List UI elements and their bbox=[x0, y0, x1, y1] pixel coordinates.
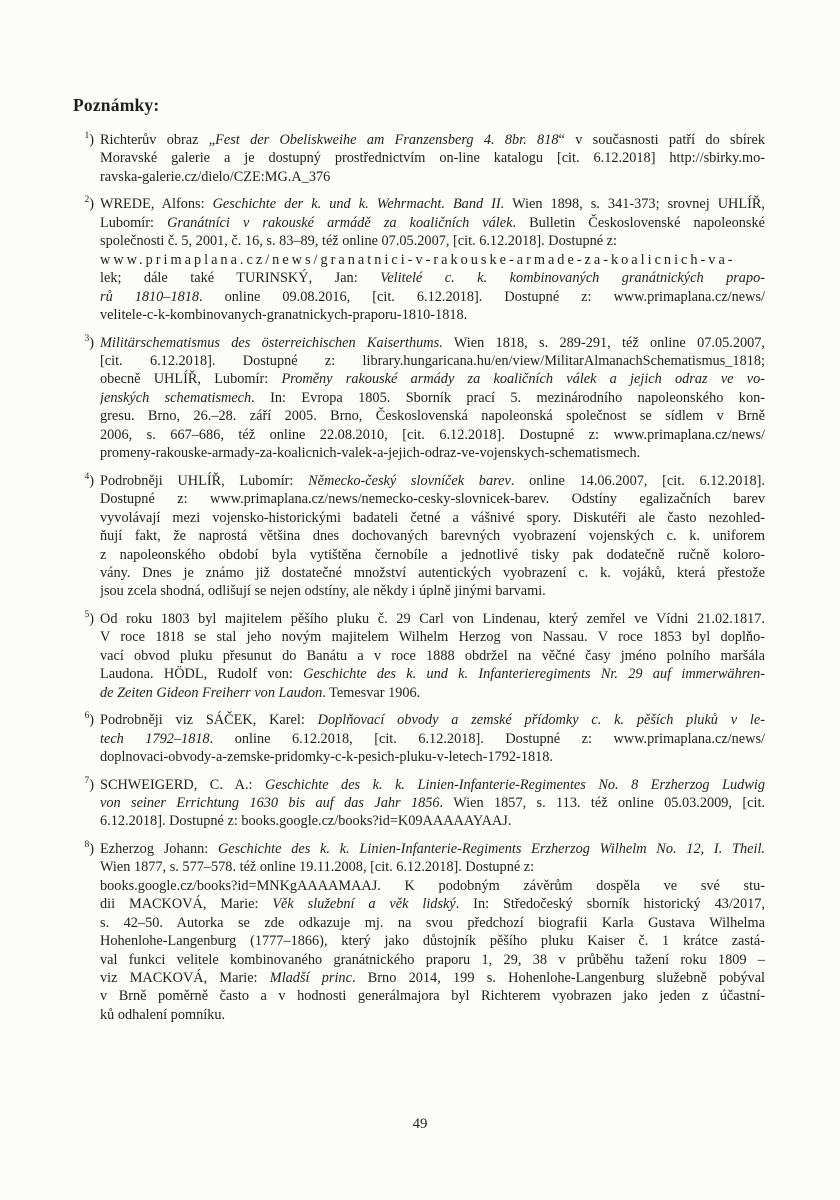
footnote-item: 8)Ezherzog Johann: Geschichte des k. k. … bbox=[73, 840, 765, 1025]
footnote-line: WREDE, Alfons: Geschichte der k. und k. … bbox=[100, 195, 765, 213]
footnote-line: Militärschematismus des österreichischen… bbox=[100, 334, 765, 352]
footnote-line: Wien 1877, s. 577–578. též online 19.11.… bbox=[100, 858, 765, 876]
footnote-line: viz MACKOVÁ, Marie: Mladší princ. Brno 2… bbox=[100, 969, 765, 987]
footnote-line: tech 1792–1818. online 6.12.2018, [cit. … bbox=[100, 730, 765, 748]
footnote-line: doplnovaci-obvody-a-zemske-pridomky-c-k-… bbox=[100, 748, 765, 766]
footnote-marker: 2) bbox=[73, 195, 94, 213]
footnote-item: 5)Od roku 1803 byl majitelem pěšího pluk… bbox=[73, 610, 765, 702]
footnote-line: ků odhalení pomníku. bbox=[100, 1006, 765, 1024]
footnote-line: jsou zcela shodná, odlišují se nejen ods… bbox=[100, 582, 765, 600]
footnote-line: Hohenlohe-Langenburg (1777–1866), který … bbox=[100, 932, 765, 950]
footnote-marker: 8) bbox=[73, 840, 94, 858]
footnote-item: 4)Podrobněji UHLÍŘ, Lubomír: Německo-čes… bbox=[73, 472, 765, 601]
footnote-line: promeny-rakouske-armady-za-koalicnich-va… bbox=[100, 444, 765, 462]
footnote-line: 2006, s. 667–686, též online 22.08.2010,… bbox=[100, 426, 765, 444]
footnote-line: www.primaplana.cz/news/granatnici-v-rako… bbox=[100, 251, 765, 269]
footnote-line: Dostupné z: www.primaplana.cz/news/nemec… bbox=[100, 490, 765, 508]
footnote-item: 7)SCHWEIGERD, C. A.: Geschichte des k. k… bbox=[73, 776, 765, 831]
footnote-line: ňují fakt, že naprostá většina dnes doch… bbox=[100, 527, 765, 545]
footnote-line: v Brně poměrně často a v hodnosti generá… bbox=[100, 987, 765, 1005]
footnote-line: Laudona. HÖDL, Rudolf von: Geschichte de… bbox=[100, 665, 765, 683]
footnote-line: vyvolávají mezi vojensko-historickými ba… bbox=[100, 509, 765, 527]
footnote-item: 1)Richterův obraz „Fest der Obeliskweihe… bbox=[73, 131, 765, 186]
footnote-marker: 7) bbox=[73, 776, 94, 794]
footnote-line: vací obvod pluku přesunut do Banátu a v … bbox=[100, 647, 765, 665]
footnote-line: obecně UHLÍŘ, Lubomír: Proměny rakouské … bbox=[100, 370, 765, 388]
footnote-line: velitele-c-k-kombinovanych-granatnickych… bbox=[100, 306, 765, 324]
footnote-item: 3)Militärschematismus des österreichisch… bbox=[73, 334, 765, 463]
footnote-line: de Zeiten Gideon Freiherr von Laudon. Te… bbox=[100, 684, 765, 702]
footnote-line: Lubomír: Granátníci v rakouské armádě za… bbox=[100, 214, 765, 232]
footnote-line: von seiner Errichtung 1630 bis auf das J… bbox=[100, 794, 765, 812]
footnote-line: s. 42–50. Autorka se zde odkazuje mj. na… bbox=[100, 914, 765, 932]
footnotes-list: 1)Richterův obraz „Fest der Obeliskweihe… bbox=[73, 131, 765, 1033]
footnote-line: rů 1810–1818. online 09.08.2016, [cit. 6… bbox=[100, 288, 765, 306]
footnote-marker: 6) bbox=[73, 711, 94, 729]
footnote-item: 6)Podrobněji viz SÁČEK, Karel: Doplňovac… bbox=[73, 711, 765, 766]
notes-heading: Poznámky: bbox=[73, 95, 159, 116]
footnote-line: lek; dále také TURINSKÝ, Jan: Velitelé c… bbox=[100, 269, 765, 287]
footnote-line: z napoleonského období byla vytištěna če… bbox=[100, 546, 765, 564]
footnote-line: SCHWEIGERD, C. A.: Geschichte des k. k. … bbox=[100, 776, 765, 794]
footnote-line: val funkci velitele kombinovaného granát… bbox=[100, 951, 765, 969]
footnote-line: books.google.cz/books?id=MNKgAAAAMAAJ. K… bbox=[100, 877, 765, 895]
footnote-line: V roce 1818 se stal jeho novým majitelem… bbox=[100, 628, 765, 646]
footnote-line: Moravské galerie a je dostupný prostředn… bbox=[100, 149, 765, 167]
footnote-line: Richterův obraz „Fest der Obeliskweihe a… bbox=[100, 131, 765, 149]
footnote-line: [cit. 6.12.2018]. Dostupné z: library.hu… bbox=[100, 352, 765, 370]
footnote-line: společnosti č. 5, 2001, č. 16, s. 83–89,… bbox=[100, 232, 765, 250]
footnote-line: jenských schematismech. In: Evropa 1805.… bbox=[100, 389, 765, 407]
page-number: 49 bbox=[0, 1116, 840, 1133]
footnote-line: vány. Dnes je známo již dostatečné množs… bbox=[100, 564, 765, 582]
footnote-line: gresu. Brno, 26.–28. září 2005. Brno, Če… bbox=[100, 407, 765, 425]
footnote-marker: 5) bbox=[73, 610, 94, 628]
footnote-marker: 4) bbox=[73, 472, 94, 490]
footnote-marker: 1) bbox=[73, 131, 94, 149]
footnote-line: 6.12.2018]. Dostupné z: books.google.cz/… bbox=[100, 812, 765, 830]
document-page: Poznámky: 1)Richterův obraz „Fest der Ob… bbox=[0, 0, 840, 1200]
footnote-line: Podrobněji viz SÁČEK, Karel: Doplňovací … bbox=[100, 711, 765, 729]
footnote-line: ravska-galerie.cz/dielo/CZE:MG.A_376 bbox=[100, 168, 765, 186]
footnote-line: Od roku 1803 byl majitelem pěšího pluku … bbox=[100, 610, 765, 628]
footnote-item: 2)WREDE, Alfons: Geschichte der k. und k… bbox=[73, 195, 765, 324]
footnote-line: dii MACKOVÁ, Marie: Věk služební a věk l… bbox=[100, 895, 765, 913]
footnote-line: Ezherzog Johann: Geschichte des k. k. Li… bbox=[100, 840, 765, 858]
footnote-marker: 3) bbox=[73, 334, 94, 352]
footnote-line: Podrobněji UHLÍŘ, Lubomír: Německo-český… bbox=[100, 472, 765, 490]
